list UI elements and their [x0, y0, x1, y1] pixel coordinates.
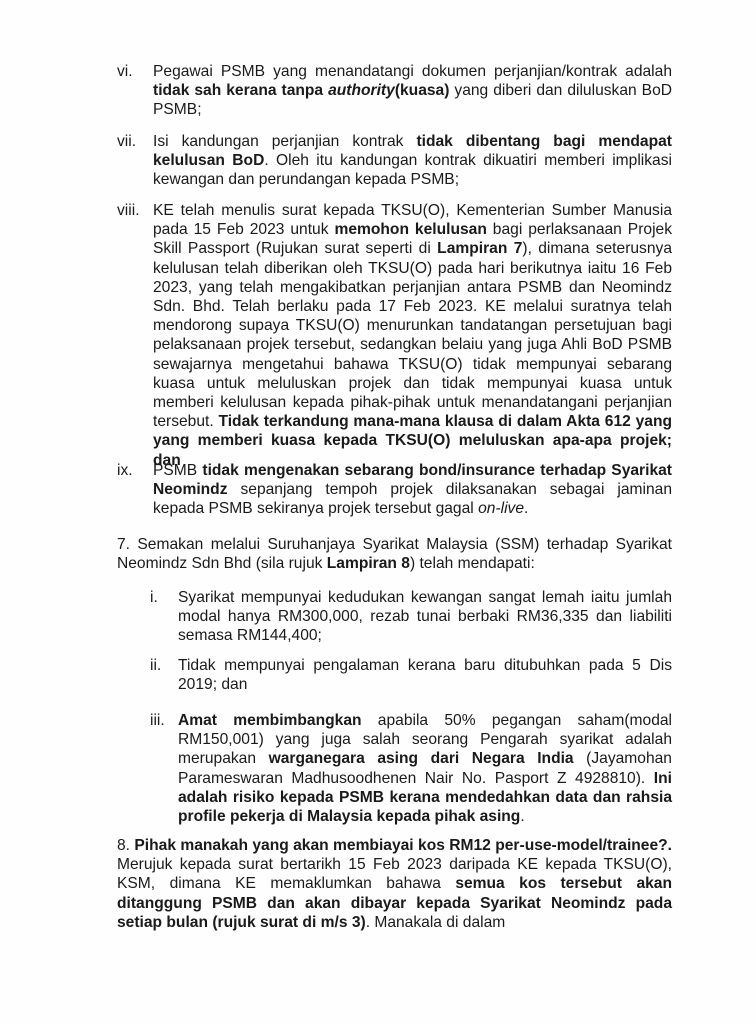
text-run: Lampiran 7 — [437, 240, 522, 257]
sub-item-i: i. Syarikat mempunyai kedudukan kewangan… — [150, 588, 672, 646]
text-run: Isi kandungan perjanjian kontrak — [153, 133, 416, 150]
list-item-text: Tidak mempunyai pengalaman kerana baru d… — [178, 656, 672, 694]
text-run: memohon kelulusan — [334, 221, 486, 238]
text-run: Lampiran 8 — [327, 555, 410, 572]
document-page: vi. Pegawai PSMB yang menandatangi dokum… — [0, 0, 756, 1024]
list-marker: vi. — [117, 62, 153, 81]
list-marker: iii. — [150, 711, 178, 730]
text-run: on-live — [478, 500, 524, 517]
list-marker: viii. — [117, 201, 153, 220]
text-run: authority — [328, 82, 395, 99]
list-marker: ix. — [117, 461, 153, 480]
list-marker: vii. — [117, 132, 153, 151]
text-run: PSMB — [153, 462, 202, 479]
text-run: sepanjang tempoh projek dilaksanakan seb… — [153, 481, 672, 517]
text-run: warganegara asing dari Negara India — [269, 750, 574, 767]
text-run: Amat membimbangkan — [178, 712, 362, 729]
section-7-paragraph: 7. Semakan melalui Suruhanjaya Syarikat … — [117, 535, 672, 573]
text-run: . Manakala di dalam — [366, 914, 506, 931]
list-item-viii: viii. KE telah menulis surat kepada TKSU… — [117, 201, 672, 470]
list-marker: i. — [150, 588, 178, 607]
text-run: Tidak mempunyai pengalaman kerana baru d… — [178, 657, 672, 693]
list-item-text: Amat membimbangkan apabila 50% pegangan … — [178, 711, 672, 826]
list-item-vi: vi. Pegawai PSMB yang menandatangi dokum… — [117, 62, 672, 120]
text-run: . — [524, 500, 528, 517]
sub-item-ii: ii. Tidak mempunyai pengalaman kerana ba… — [150, 656, 672, 694]
text-run: tidak sah kerana tanpa — [153, 82, 328, 99]
text-run: 8. — [117, 837, 134, 854]
list-item-text: Isi kandungan perjanjian kontrak tidak d… — [153, 132, 672, 190]
list-item-ix: ix. PSMB tidak mengenakan sebarang bond/… — [117, 461, 672, 519]
list-item-text: Pegawai PSMB yang menandatangi dokumen p… — [153, 62, 672, 120]
text-run: ), dimana seterusnya kelulusan telah dib… — [153, 240, 672, 430]
list-marker: ii. — [150, 656, 178, 675]
text-run: (kuasa) — [395, 82, 450, 99]
text-run: Syarikat mempunyai kedudukan kewangan sa… — [178, 589, 672, 644]
text-run: ) telah mendapati: — [410, 555, 535, 572]
text-run: . — [520, 808, 524, 825]
text-run: Pihak manakah yang akan membiayai kos RM… — [134, 837, 672, 854]
list-item-text: KE telah menulis surat kepada TKSU(O), K… — [153, 201, 672, 470]
section-8-paragraph: 8. Pihak manakah yang akan membiayai kos… — [117, 836, 672, 932]
list-item-text: PSMB tidak mengenakan sebarang bond/insu… — [153, 461, 672, 519]
list-item-vii: vii. Isi kandungan perjanjian kontrak ti… — [117, 132, 672, 190]
list-item-text: Syarikat mempunyai kedudukan kewangan sa… — [178, 588, 672, 646]
text-run: Pegawai PSMB yang menandatangi dokumen p… — [153, 63, 672, 80]
sub-item-iii: iii. Amat membimbangkan apabila 50% pega… — [150, 711, 672, 826]
